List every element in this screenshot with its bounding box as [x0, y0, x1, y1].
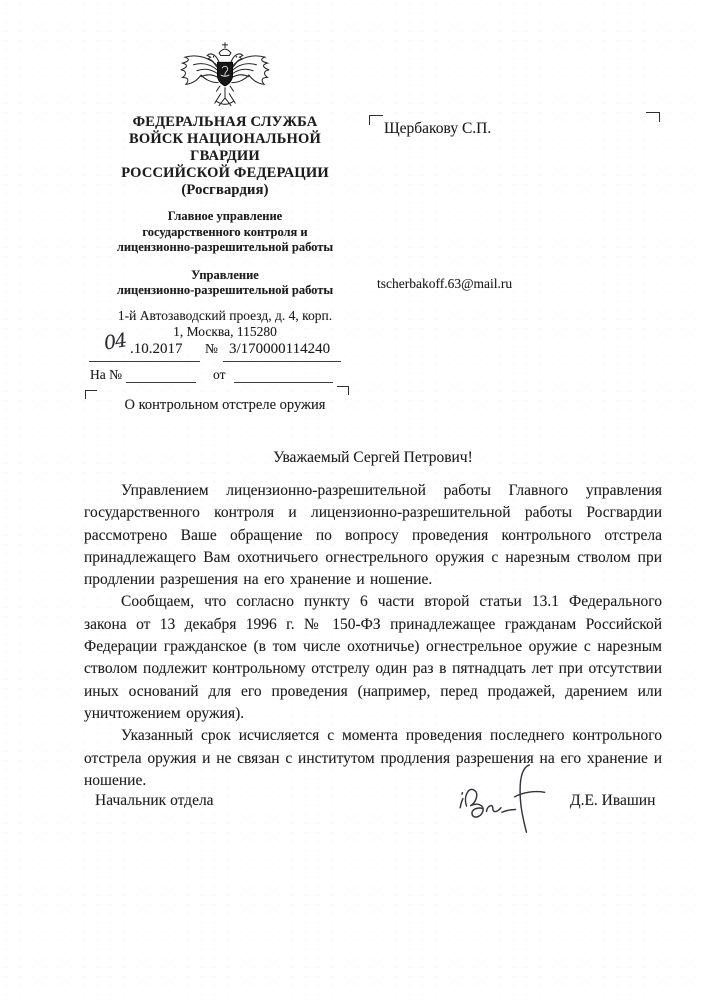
org-name-line: (Росгвардия) [85, 182, 365, 199]
reply-ref-label: На № [90, 367, 122, 383]
body-paragraph: Управлением лицензионно-разрешительной р… [84, 480, 662, 591]
reply-number-underline [126, 364, 196, 383]
directorate-name: Управление лицензионно-разрешительной ра… [85, 268, 365, 299]
reply-from-label: от [213, 367, 225, 383]
number-sign: № [205, 341, 218, 357]
postal-address: 1-й Автозаводский проезд, д. 4, корп. 1,… [85, 308, 365, 340]
recipient-corner-mark-right [646, 112, 660, 122]
division-line: Главное управление [85, 209, 365, 225]
subdivision-line: лицензионно-разрешительной работы [85, 283, 365, 299]
signer-position: Начальник отдела [95, 792, 214, 810]
org-name-line: РОССИЙСКОЙ ФЕДЕРАЦИИ [85, 165, 365, 182]
recipient-name: Щербакову С.П. [384, 120, 491, 138]
division-line: лицензионно-разрешительной работы [85, 240, 365, 256]
subdivision-line: Управление [85, 268, 365, 284]
org-name-line: ВОЙСК НАЦИОНАЛЬНОЙ [85, 131, 365, 148]
subject-line: О контрольном отстреле оружия [85, 397, 365, 414]
signer-name: Д.Е. Ивашин [570, 792, 655, 810]
scanned-letter-page: ФЕДЕРАЛЬНАЯ СЛУЖБА ВОЙСК НАЦИОНАЛЬНОЙ ГВ… [0, 0, 707, 1000]
rosgvardia-eagle-emblem-icon [174, 40, 276, 110]
org-name-line: ГВАРДИИ [85, 148, 365, 165]
body-paragraph: Указанный срок исчисляется с момента про… [84, 725, 662, 792]
letter-body: Уважаемый Сергей Петрович! Управлением л… [84, 449, 662, 792]
address-line: 1, Москва, 115280 [85, 324, 365, 340]
org-name: ФЕДЕРАЛЬНАЯ СЛУЖБА ВОЙСК НАЦИОНАЛЬНОЙ ГВ… [85, 114, 365, 199]
org-name-line: ФЕДЕРАЛЬНАЯ СЛУЖБА [85, 114, 365, 131]
body-paragraph: Сообщаем, что согласно пункту 6 части вт… [84, 591, 662, 725]
main-directorate-name: Главное управление государственного конт… [85, 209, 365, 256]
letterhead: ФЕДЕРАЛЬНАЯ СЛУЖБА ВОЙСК НАЦИОНАЛЬНОЙ ГВ… [85, 40, 365, 340]
subject-corner-mark-right [337, 386, 349, 395]
signature-scribble [452, 756, 570, 844]
reply-date-underline [234, 364, 333, 383]
date-underline [89, 340, 200, 362]
recipient-email: tscherbakoff.63@mail.ru [377, 276, 512, 292]
salutation: Уважаемый Сергей Петрович! [84, 449, 662, 467]
recipient-corner-mark-left [369, 115, 383, 125]
address-line: 1-й Автозаводский проезд, д. 4, корп. [85, 308, 365, 324]
number-underline [223, 340, 341, 362]
division-line: государственного контроля и [85, 225, 365, 241]
